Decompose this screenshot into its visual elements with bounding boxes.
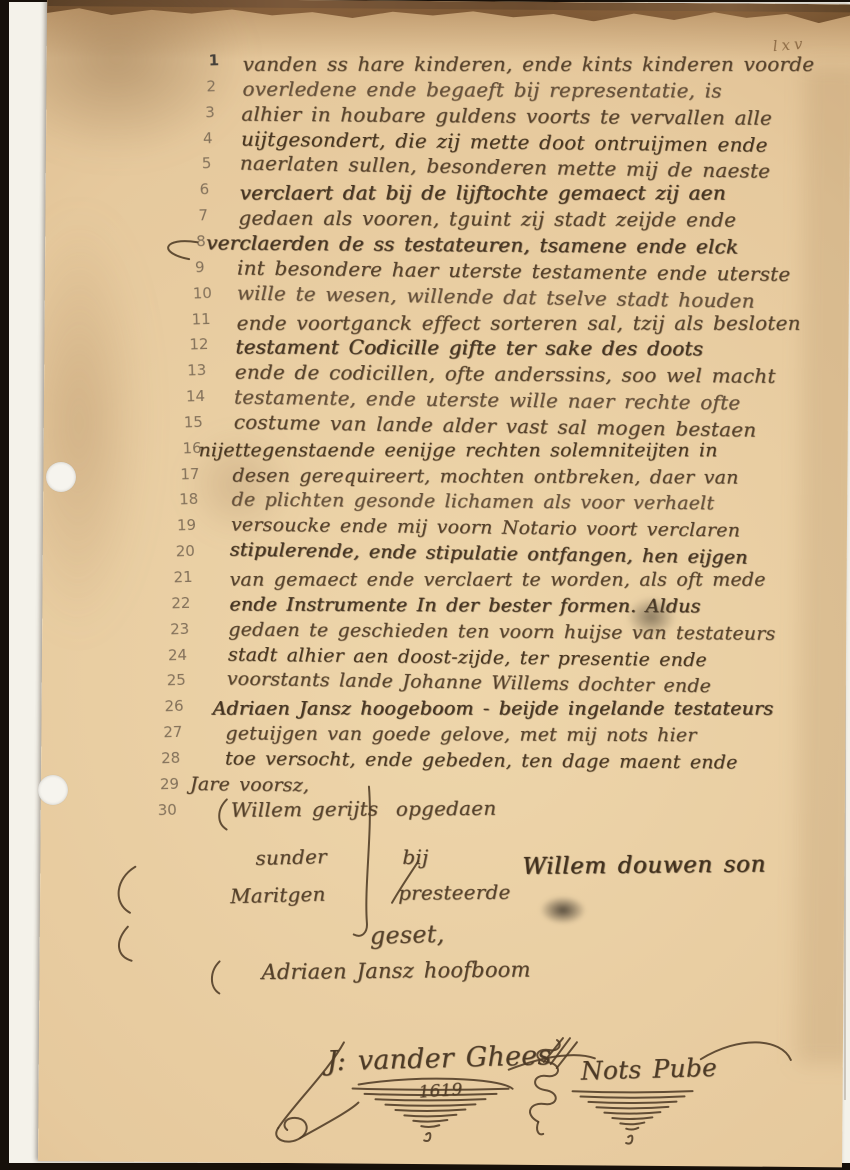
line-text: ende Instrumente In der bester formen. A… [229,593,700,617]
signature-spiral [276,1118,307,1142]
fan-apex-mark [626,1136,632,1144]
line-text: gedaen te geschieden ten voorn huijse va… [228,618,775,644]
line-number: 10 [193,284,213,303]
line-number: 23 [170,620,190,639]
line-number: 18 [179,490,199,509]
punch-hole [38,775,68,805]
line-text: voorstants lande Johanne Willems dochter… [227,668,712,698]
notary-year: 1619 [418,1080,463,1103]
line-text: versoucke ende mij voorn Notario voort v… [231,514,740,542]
line-number: 25 [166,671,186,690]
scanned-manuscript: lxv 1vanden ss hare kinderen, ende kints… [0,0,850,1170]
line-number: 28 [161,749,181,768]
line-number: 17 [180,465,200,484]
attestation-left-name: Maritgen [230,882,326,909]
line-text: gedaen als vooren, tguint zij stadt zeij… [239,206,737,232]
line-number: 2 [207,77,217,95]
line-text: verclaerden de ss testateuren, tsamene e… [206,230,738,258]
line-number: 7 [198,206,208,224]
line-text: getuijgen van goede gelove, met mij nots… [226,722,697,746]
signature-spiral-arc [300,1102,358,1138]
line-text: van gemaect ende verclaert te worden, al… [230,569,766,591]
line-number: 24 [168,645,188,664]
margin-curl [119,927,132,961]
fan-apex-mark [424,1133,430,1141]
notary-title: Nots Pube [580,1053,717,1086]
punch-hole [46,462,76,492]
attestation-right-word: presteerde [398,880,511,905]
testator-signature: Willem douwen son [522,852,766,880]
line-number: 3 [205,103,215,121]
line-text: desen gerequireert, mochten ontbreken, d… [232,464,738,488]
paraph-tail [537,1122,543,1134]
line-text: wille te wesen, willende dat tselve stad… [237,280,755,312]
line-number: 22 [172,594,192,613]
line-number: 5 [201,155,211,173]
line-text: de plichten gesonde lichamen als voor ve… [231,489,714,515]
line-number: 21 [173,568,193,587]
attestation-left-name: Willem gerijts [231,796,379,821]
line-number: 19 [177,516,197,535]
margin-curl [212,961,220,993]
line-text: stadt alhier aen doost-zijde, ter presen… [228,643,707,671]
attestation-right-word: bij [402,845,428,869]
line-number: 14 [186,387,206,406]
line-text: nijettegenstaende eenijge rechten solemn… [199,439,718,461]
line-text: ende voortganck effect sorteren sal, tzi… [236,310,800,334]
line-number: 13 [187,361,207,380]
line-text: ende de codicillen, ofte anderssins, soo… [235,360,776,388]
line-number: 30 [158,800,178,819]
line-number: 20 [175,542,195,561]
line-text: stipulerende, ende stipulatie ontfangen,… [230,539,748,569]
line-number: 15 [184,413,204,432]
line-number: 4 [203,129,213,147]
line-text: verclaert dat bij de lijftochte gemaect … [239,181,725,205]
line-number: 29 [159,775,179,794]
line-text: alhier in houbare guldens voorts te verv… [241,101,772,129]
line-text: testament Codicille gifte ter sake des d… [235,335,703,361]
line-number: 1 [208,51,219,69]
line-number: 26 [165,697,185,716]
line-text: Adriaen Jansz hoogeboom - beijde ingelan… [212,698,773,720]
attestation-right-word: opgedaen [396,796,497,821]
line-number: 27 [163,723,183,742]
line-text: Jare voorsz, [190,773,309,796]
line-number: 6 [200,180,210,198]
line-text: naerlaten sullen, besonderen mette mij d… [240,151,771,183]
line-text: costume van lande alder vast sal mogen b… [233,409,756,441]
line-text: overledene ende begaeft bij representati… [242,76,721,102]
line-text: toe versocht, ende gebeden, ten dage mae… [225,747,738,773]
line-text: vanden ss hare kinderen, ende kints kind… [243,52,815,76]
line-number: 8 [196,232,206,250]
line-number: 9 [194,258,204,276]
line-number: 11 [191,309,211,328]
margin-curl [118,867,135,913]
line-number: 12 [189,335,209,354]
manuscript-page: lxv 1vanden ss hare kinderen, ende kints… [38,0,850,1167]
notary-signature: J: vander Ghees [326,1040,551,1077]
witness-signature: Adriaen Jansz hoofboom [261,958,530,985]
attestation-geset: geset, [369,920,444,950]
attestation-left-word: sunder [255,844,327,870]
hatched-fan [572,1090,692,1130]
